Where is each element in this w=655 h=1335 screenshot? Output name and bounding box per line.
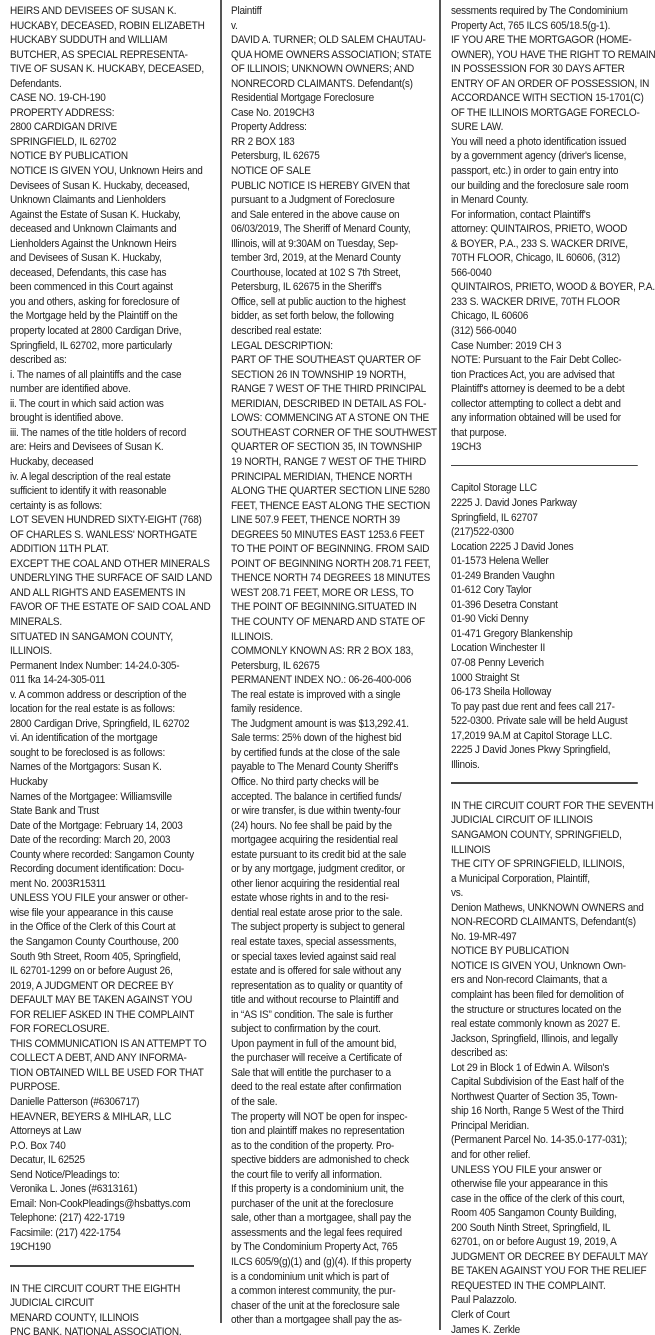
text-line: Capitol Storage LLC — [451, 481, 652, 496]
text-line: QUARTER OF SECTION 35, IN TOWNSHIP — [231, 440, 432, 455]
text-line: vs. — [451, 886, 652, 901]
text-line: OF THE ILLINOIS MORTGAGE FORECLO- — [451, 106, 652, 121]
text-line: Plaintiff — [231, 4, 432, 19]
text-line: case in the office of the clerk of this … — [451, 1192, 652, 1207]
text-line: State Bank and Trust — [10, 804, 211, 819]
text-line: collector attempting to collect a debt a… — [451, 397, 652, 412]
text-line: 2225 J David Jones Pkwy Springfield, — [451, 743, 652, 758]
text-line: Residential Mortgage Foreclosure — [231, 91, 432, 106]
text-line: Unknown Claimants and Lienholders — [10, 193, 211, 208]
text-line: Against the Estate of Susan K. Huckaby, — [10, 208, 211, 223]
text-line: PURPOSE. — [10, 1080, 211, 1095]
text-line: The Judgment amount is was $13,292.41. — [231, 717, 432, 732]
text-line: Defendants. — [10, 77, 211, 92]
text-line: MENARD COUNTY, ILLINOIS — [10, 1311, 211, 1326]
text-line: THE POINT OF BEGINNING.SITUATED IN — [231, 600, 432, 615]
text-line: HEIRS AND DEVISEES OF SUSAN K. — [10, 4, 211, 19]
text-line: assessments and the legal fees required — [231, 1226, 432, 1241]
text-line: of the sale. — [231, 1095, 432, 1110]
text-line: the court file to verify all information… — [231, 1168, 432, 1183]
text-line: Room 405 Sangamon County Building, — [451, 1206, 652, 1221]
text-line: Danielle Patterson (#6306717) — [10, 1095, 211, 1110]
text-line: is a condominium unit which is part of — [231, 1270, 432, 1285]
text-line: OF ILLINOIS; UNKNOWN OWNERS; AND — [231, 62, 432, 77]
text-line: Springfield, IL 62707 — [451, 511, 652, 526]
text-line: COMMONLY KNOWN AS: RR 2 BOX 183, — [231, 644, 432, 659]
text-line: No. 19-MR-497 — [451, 930, 652, 945]
text-line: mortgagee acquiring the residential real — [231, 833, 432, 848]
text-line: Springfield, IL 62702, more particularly — [10, 339, 211, 354]
text-line: (Permanent Parcel No. 14-35.0-177-031); — [451, 1133, 652, 1148]
text-line: POINT OF BEGINNING NORTH 208.71 FEET, — [231, 557, 432, 572]
text-line: 01-90 Vicki Denny — [451, 612, 652, 627]
column-divider — [439, 0, 441, 1330]
text-line: Northwest Quarter of Section 35, Town- — [451, 1090, 652, 1105]
text-line: DEFAULT MAY BE TAKEN AGAINST YOU — [10, 993, 211, 1008]
text-line: Jackson, Springfield, Illinois, and lega… — [451, 1032, 652, 1047]
text-line: 17,2019 9A.M at Capitol Storage LLC. — [451, 729, 652, 744]
text-line: and Devisees of Susan K. Huckaby, — [10, 251, 211, 266]
text-line: NOTICE BY PUBLICATION — [10, 149, 211, 164]
text-line: 011 fka 14-24-305-011 — [10, 673, 211, 688]
text-line: 200 South Ninth Street, Springfield, IL — [451, 1221, 652, 1236]
text-line: tion Practices Act, you are advised that — [451, 368, 652, 383]
text-line: 566-0040 — [451, 266, 652, 281]
text-line: i. The names of all plaintiffs and the c… — [10, 368, 211, 383]
text-line: Illinois. — [451, 758, 652, 773]
text-line: by certified funds at the close of the s… — [231, 746, 432, 761]
text-line: Telephone: (217) 422-1719 — [10, 1211, 211, 1226]
text-line: 06/03/2019, The Sheriff of Menard County… — [231, 222, 432, 237]
text-line: Date of the recording: March 20, 2003 — [10, 833, 211, 848]
notice-turner-sale: Plaintiff v.DAVID A. TURNER; OLD SALEM C… — [231, 4, 432, 1328]
text-line: Huckaby — [10, 775, 211, 790]
text-line: Petersburg, IL 62675 — [231, 149, 432, 164]
text-line: (217)522-0300 — [451, 525, 652, 540]
text-line: or special taxes levied against said rea… — [231, 950, 432, 965]
text-line: OWNER), YOU HAVE THE RIGHT TO REMAIN — [451, 48, 652, 63]
text-line: CASE NO. 19-CH-190 — [10, 91, 211, 106]
text-line: Courthouse, located at 102 S 7th Street, — [231, 266, 432, 281]
text-line: real estate taxes, special assessments, — [231, 935, 432, 950]
text-line: 01-612 Cory Taylor — [451, 583, 652, 598]
text-line: or by any mortgage, judgment creditor, o… — [231, 862, 432, 877]
text-line: SANGAMON COUNTY, SPRINGFIELD, — [451, 828, 652, 843]
text-line: wise file your appearance in this cause — [10, 906, 211, 921]
text-line: HUCKABY SUDDUTH and WILLIAM — [10, 33, 211, 48]
text-line: 19CH3 — [451, 440, 652, 455]
text-line: Principal Meridian. — [451, 1119, 652, 1134]
text-line: IL 62701-1299 on or before August 26, — [10, 964, 211, 979]
text-line: v. — [231, 19, 432, 34]
text-line: Chicago, IL 60606 — [451, 309, 652, 324]
notice-separator — [451, 465, 638, 467]
text-line: AND ALL RIGHTS AND EASEMENTS IN — [10, 586, 211, 601]
notice-separator — [10, 1265, 194, 1267]
text-line: FOR RELIEF ASKED IN THE COMPLAINT — [10, 1008, 211, 1023]
text-line: in “AS IS” condition. The sale is furthe… — [231, 1008, 432, 1023]
text-line: in the Office of the Clerk of this Court… — [10, 920, 211, 935]
text-line: Paul Palazzolo. — [451, 1293, 652, 1308]
text-line: NOTICE BY PUBLICATION — [451, 944, 652, 959]
text-line: number are identified above. — [10, 382, 211, 397]
text-line: NOTE: Pursuant to the Fair Debt Collec- — [451, 353, 652, 368]
notice-turner-sale-continued: sessments required by The CondominiumPro… — [451, 4, 652, 455]
text-line: ILLINOIS — [451, 843, 652, 858]
text-line: certainty is as follows: — [10, 499, 211, 514]
text-line: TIVE OF SUSAN K. HUCKABY, DECEASED, — [10, 62, 211, 77]
text-line: described as: — [10, 353, 211, 368]
text-line: other lienor acquiring the residential r… — [231, 877, 432, 892]
text-line: ILCS 605/9(g)(1) and (g)(4). If this pro… — [231, 1255, 432, 1270]
text-line: otherwise file your appearance in this — [451, 1177, 652, 1192]
text-line: & BOYER, P.A., 233 S. WACKER DRIVE, — [451, 237, 652, 252]
text-line: Send Notice/Pleadings to: — [10, 1168, 211, 1183]
text-line: (312) 566-0040 — [451, 324, 652, 339]
text-line: ALONG THE QUARTER SECTION LINE 5280 — [231, 484, 432, 499]
text-line: sessments required by The Condominium — [451, 4, 652, 19]
text-line: 01-249 Branden Vaughn — [451, 569, 652, 584]
text-line: as to the condition of the property. Pro… — [231, 1139, 432, 1154]
text-line: property located at 2800 Cardigan Drive, — [10, 324, 211, 339]
text-line: any information obtained will be used fo… — [451, 411, 652, 426]
text-line: JUDGMENT OR DECREE BY DEFAULT MAY — [451, 1250, 652, 1265]
text-line: 19CH190 — [10, 1240, 211, 1255]
text-line: NONRECORD CLAIMANTS. Defendant(s) — [231, 77, 432, 92]
text-line: IN THE CIRCUIT COURT THE EIGHTH — [10, 1282, 211, 1297]
text-line: BUTCHER, AS SPECIAL REPRESENTA- — [10, 48, 211, 63]
text-line: Sale terms: 25% down of the highest bid — [231, 731, 432, 746]
text-line: JUDICIAL CIRCUIT OF ILLINOIS — [451, 813, 652, 828]
text-line: 2225 J. David Jones Parkway — [451, 496, 652, 511]
text-line: ship 16 North, Range 5 West of the Third — [451, 1104, 652, 1119]
text-line: EXCEPT THE COAL AND OTHER MINERALS — [10, 557, 211, 572]
text-line: The subject property is subject to gener… — [231, 920, 432, 935]
text-line: iv. A legal description of the real esta… — [10, 470, 211, 485]
text-line: PART OF THE SOUTHEAST QUARTER OF — [231, 353, 432, 368]
text-line: in Menard County. — [451, 193, 652, 208]
text-line: ii. The court in which said action was — [10, 397, 211, 412]
text-line: FOR FORECLOSURE. — [10, 1022, 211, 1037]
text-line: 522-0300. Private sale will be held Augu… — [451, 714, 652, 729]
text-line: SOUTHEAST CORNER OF THE SOUTHWEST — [231, 426, 432, 441]
text-line: Denion Mathews, UNKNOWN OWNERS and — [451, 901, 652, 916]
text-line: OF CHARLES S. WANLESS' NORTHGATE — [10, 528, 211, 543]
text-line: are: Heirs and Devisees of Susan K. — [10, 440, 211, 455]
text-line: Names of the Mortgagors: Susan K. — [10, 760, 211, 775]
text-line: deceased, Defendants, this case has — [10, 266, 211, 281]
text-line: IF YOU ARE THE MORTGAGOR (HOME- — [451, 33, 652, 48]
text-line: DAVID A. TURNER; OLD SALEM CHAUTAU- — [231, 33, 432, 48]
text-line: 01-396 Desetra Constant — [451, 598, 652, 613]
text-line: Capital Subdivision of the East half of … — [451, 1075, 652, 1090]
text-line: real estate commonly known as 2027 E. — [451, 1017, 652, 1032]
column-3: sessments required by The CondominiumPro… — [451, 4, 652, 1335]
text-line: 19 NORTH, RANGE 7 WEST OF THE THIRD — [231, 455, 432, 470]
text-line: attorney: QUINTAIROS, PRIETO, WOOD — [451, 222, 652, 237]
text-line: Date of the Mortgage: February 14, 2003 — [10, 819, 211, 834]
text-line: You will need a photo identification iss… — [451, 135, 652, 150]
text-line: location for the real estate is as follo… — [10, 702, 211, 717]
text-line: PERMANENT INDEX NO.: 06-26-400-006 — [231, 673, 432, 688]
text-line: NOTICE IS GIVEN YOU, Unknown Own- — [451, 959, 652, 974]
text-line: DEGREES 50 MINUTES EAST 1253.6 FEET — [231, 528, 432, 543]
text-line: Plaintiff's attorney is deemed to be a d… — [451, 382, 652, 397]
text-line: Decatur, IL 62525 — [10, 1153, 211, 1168]
text-line: Names of the Mortgagee: Williamsville — [10, 790, 211, 805]
text-line: 70TH FLOOR, Chicago, IL 60606, (312) — [451, 251, 652, 266]
text-line: The real estate is improved with a singl… — [231, 688, 432, 703]
text-line: ment No. 2003R15311 — [10, 877, 211, 892]
text-line: COLLECT A DEBT, AND ANY INFORMA- — [10, 1051, 211, 1066]
text-line: TION OBTAINED WILL BE USED FOR THAT — [10, 1066, 211, 1081]
notice-capitol-storage: Capitol Storage LLC2225 J. David Jones P… — [451, 481, 652, 772]
text-line: To pay past due rent and fees call 217- — [451, 700, 652, 715]
column-1: HEIRS AND DEVISEES OF SUSAN K.HUCKABY, D… — [10, 4, 211, 1335]
text-line: described real estate: — [231, 324, 432, 339]
text-line: deceased and Unknown Claimants and — [10, 222, 211, 237]
text-line: THE CITY OF SPRINGFIELD, ILLINOIS, — [451, 857, 652, 872]
text-line: pursuant to a Judgment of Foreclosure — [231, 193, 432, 208]
text-line: our building and the foreclosure sale ro… — [451, 179, 652, 194]
legal-notices-page: HEIRS AND DEVISEES OF SUSAN K.HUCKABY, D… — [0, 0, 655, 1335]
text-line: by The Condominium Property Act, 765 — [231, 1240, 432, 1255]
text-line: family residence. — [231, 702, 432, 717]
text-line: County where recorded: Sangamon County — [10, 848, 211, 863]
text-line: by a government agency (driver's license… — [451, 149, 652, 164]
text-line: HEAVNER, BEYERS & MIHLAR, LLC — [10, 1110, 211, 1125]
notice-springfield-demolition: IN THE CIRCUIT COURT FOR THE SEVENTHJUDI… — [451, 799, 652, 1335]
text-line: If this property is a condominium unit, … — [231, 1182, 432, 1197]
text-line: v. A common address or description of th… — [10, 688, 211, 703]
text-line: tember 3rd, 2019, at the Menard County — [231, 251, 432, 266]
text-line: SPRINGFIELD, IL 62702 — [10, 135, 211, 150]
text-line: Location 2225 J David Jones — [451, 540, 652, 555]
text-line: REQUESTED IN THE COMPLAINT. — [451, 1279, 652, 1294]
text-line: sought to be foreclosed is as follows: — [10, 746, 211, 761]
text-line: vi. An identification of the mortgage — [10, 731, 211, 746]
text-line: MERIDIAN, DESCRIBED IN DETAIL AS FOL- — [231, 397, 432, 412]
text-line: Clerk of Court — [451, 1308, 652, 1323]
text-line: sufficient to identify it with reasonabl… — [10, 484, 211, 499]
text-line: you and others, asking for foreclosure o… — [10, 295, 211, 310]
text-line: TO THE POINT OF BEGINNING. FROM SAID — [231, 542, 432, 557]
text-line: THE COUNTY OF MENARD AND STATE OF — [231, 615, 432, 630]
text-line: For information, contact Plaintiff's — [451, 208, 652, 223]
text-line: estate and is offered for sale without a… — [231, 964, 432, 979]
text-line: Upon payment in full of the amount bid, — [231, 1037, 432, 1052]
text-line: LOWS: COMMENCING AT A STONE ON THE — [231, 411, 432, 426]
text-line: 233 S. WACKER DRIVE, 70TH FLOOR — [451, 295, 652, 310]
text-line: (24) hours. No fee shall be paid by the — [231, 819, 432, 834]
text-line: QUA HOME OWNERS ASSOCIATION; STATE — [231, 48, 432, 63]
text-line: described as: — [451, 1046, 652, 1061]
text-line: the Mortgage held by the Plaintiff on th… — [10, 309, 211, 324]
text-line: NOTICE OF SALE — [231, 164, 432, 179]
text-line: SITUATED IN SANGAMON COUNTY, — [10, 630, 211, 645]
text-line: The property will NOT be open for inspec… — [231, 1110, 432, 1125]
notice-huckaby-foreclosure: HEIRS AND DEVISEES OF SUSAN K.HUCKABY, D… — [10, 4, 211, 1255]
text-line: 2800 CARDIGAN DRIVE — [10, 120, 211, 135]
text-line: Attorneys at Law — [10, 1124, 211, 1139]
text-line: LINE 507.9 FEET, THENCE NORTH 39 — [231, 513, 432, 528]
text-line: bidder, as set forth below, the followin… — [231, 309, 432, 324]
text-line: Devisees of Susan K. Huckaby, deceased, — [10, 179, 211, 194]
text-line: deed to the real estate after confirmati… — [231, 1080, 432, 1095]
text-line: IN THE CIRCUIT COURT FOR THE SEVENTH — [451, 799, 652, 814]
text-line: Petersburg, IL 62675 in the Sheriff's — [231, 280, 432, 295]
text-line: 2019, A JUDGMENT OR DECREE BY — [10, 979, 211, 994]
text-line: RR 2 BOX 183 — [231, 135, 432, 150]
text-line: Recording document identification: Docu- — [10, 862, 211, 877]
text-line: and for other relief. — [451, 1148, 652, 1163]
text-line: Lot 29 in Block 1 of Edwin A. Wilson's — [451, 1061, 652, 1076]
text-line: THENCE NORTH 74 DEGREES 18 MINUTES — [231, 571, 432, 586]
text-line: ENTRY OF AN ORDER OF POSSESSION, IN — [451, 77, 652, 92]
text-line: PROPERTY ADDRESS: — [10, 106, 211, 121]
text-line: NON-RECORD CLAIMANTS, Defendant(s) — [451, 915, 652, 930]
text-line: Office. No third party checks will be — [231, 775, 432, 790]
notice-pnc-bank-header: IN THE CIRCUIT COURT THE EIGHTHJUDICIAL … — [10, 1282, 211, 1335]
text-line: SURE LAW. — [451, 120, 652, 135]
text-line: 1000 Straight St — [451, 671, 652, 686]
text-line: LEGAL DESCRIPTION: — [231, 339, 432, 354]
text-line: NOTICE IS GIVEN YOU, Unknown Heirs and — [10, 164, 211, 179]
column-2: Plaintiff v.DAVID A. TURNER; OLD SALEM C… — [231, 4, 432, 1328]
text-line: been commenced in this Court against — [10, 280, 211, 295]
text-line: Property Act, 765 ILCS 605/18.5(g-1). — [451, 19, 652, 34]
text-line: Huckaby, deceased — [10, 455, 211, 470]
text-line: IN POSSESSION FOR 30 DAYS AFTER — [451, 62, 652, 77]
text-line: estate whose rights in and to the resi- — [231, 891, 432, 906]
text-line: purchaser of the unit at the foreclosure — [231, 1197, 432, 1212]
text-line: James K. Zerkle — [451, 1323, 652, 1335]
text-line: ACCORDANCE WITH SECTION 15-1701(C) — [451, 91, 652, 106]
text-line: South 9th Street, Room 405, Springfield, — [10, 950, 211, 965]
text-line: LOT SEVEN HUNDRED SIXTY-EIGHT (768) — [10, 513, 211, 528]
text-line: tion and plaintiff makes no representati… — [231, 1124, 432, 1139]
text-line: PUBLIC NOTICE IS HEREBY GIVEN that — [231, 179, 432, 194]
column-divider — [220, 0, 222, 1323]
text-line: PNC BANK, NATIONAL ASSOCIATION, — [10, 1325, 211, 1335]
text-line: iii. The names of the title holders of r… — [10, 426, 211, 441]
text-line: ILLINOIS. — [10, 644, 211, 659]
text-line: the structure or structures located on t… — [451, 1003, 652, 1018]
text-line: Office, sell at public auction to the hi… — [231, 295, 432, 310]
text-line: Illinois, will at 9:30AM on Tuesday, Sep… — [231, 237, 432, 252]
text-line: payable to The Menard County Sheriff's — [231, 760, 432, 775]
text-line: ADDITION 11TH PLAT. — [10, 542, 211, 557]
text-line: FEET, THENCE EAST ALONG THE SECTION — [231, 499, 432, 514]
text-line: ILLINOIS. — [231, 630, 432, 645]
text-line: RANGE 7 WEST OF THE THIRD PRINCIPAL — [231, 382, 432, 397]
text-line: Sale that will entitle the purchaser to … — [231, 1066, 432, 1081]
text-line: QUINTAIROS, PRIETO, WOOD & BOYER, P.A. — [451, 280, 652, 295]
text-line: UNLESS YOU FILE your answer or — [451, 1163, 652, 1178]
text-line: 01-471 Gregory Blankenship — [451, 627, 652, 642]
text-line: complaint has been filed for demolition … — [451, 988, 652, 1003]
text-line: subject to confirmation by the court. — [231, 1022, 432, 1037]
text-line: Case Number: 2019 CH 3 — [451, 339, 652, 354]
text-line: Property Address: — [231, 120, 432, 135]
text-line: the Sangamon County Courthouse, 200 — [10, 935, 211, 950]
text-line: estate pursuant to its credit bid at the… — [231, 848, 432, 863]
text-line: Facsimile: (217) 422-1754 — [10, 1226, 211, 1241]
text-line: Location Winchester II — [451, 641, 652, 656]
text-line: PRINCIPAL MERIDIAN, THENCE NORTH — [231, 470, 432, 485]
text-line: ers and Non-record Claimants, that a — [451, 973, 652, 988]
text-line: BE TAKEN AGAINST YOU FOR THE RELIEF — [451, 1264, 652, 1279]
text-line: HUCKABY, DECEASED, ROBIN ELIZABETH — [10, 19, 211, 34]
text-line: spective bidders are admonished to check — [231, 1153, 432, 1168]
text-line: Lienholders Against the Unknown Heirs — [10, 237, 211, 252]
text-line: 06-173 Sheila Holloway — [451, 685, 652, 700]
text-line: a Municipal Corporation, Plaintiff, — [451, 872, 652, 887]
text-line: title and without recourse to Plaintiff … — [231, 993, 432, 1008]
text-line: 07-08 Penny Leverich — [451, 656, 652, 671]
text-line: 01-1573 Helena Weller — [451, 554, 652, 569]
text-line: passport, etc.) in order to gain entry i… — [451, 164, 652, 179]
text-line: 2800 Cardigan Drive, Springfield, IL 627… — [10, 717, 211, 732]
text-line: brought is identified above. — [10, 411, 211, 426]
text-line: JUDICIAL CIRCUIT — [10, 1296, 211, 1311]
text-line: dential real estate arose prior to the s… — [231, 906, 432, 921]
text-line: chaser of the unit at the foreclosure sa… — [231, 1299, 432, 1314]
text-line: MINERALS. — [10, 615, 211, 630]
text-line: WEST 208.71 FEET, MORE OR LESS, TO — [231, 586, 432, 601]
text-line: THIS COMMUNICATION IS AN ATTEMPT TO — [10, 1037, 211, 1052]
text-line: sale, other than a mortgagee, shall pay … — [231, 1211, 432, 1226]
text-line: other than a mortgagee shall pay the as- — [231, 1313, 432, 1328]
text-line: Veronika L. Jones (#6313161) — [10, 1182, 211, 1197]
notice-separator — [451, 782, 638, 784]
text-line: 62701, on or before August 19, 2019, A — [451, 1235, 652, 1250]
text-line: Permanent Index Number: 14-24.0-305- — [10, 659, 211, 674]
text-line: UNLESS YOU FILE your answer or other- — [10, 891, 211, 906]
text-line: P.O. Box 740 — [10, 1139, 211, 1154]
text-line: accepted. The balance in certified funds… — [231, 790, 432, 805]
text-line: and Sale entered in the above cause on — [231, 208, 432, 223]
text-line: that purpose. — [451, 426, 652, 441]
text-line: Petersburg, IL 62675 — [231, 659, 432, 674]
text-line: FAVOR OF THE ESTATE OF SAID COAL AND — [10, 600, 211, 615]
text-line: representation as to quality or quantity… — [231, 979, 432, 994]
text-line: Case No. 2019CH3 — [231, 106, 432, 121]
text-line: the purchaser will receive a Certificate… — [231, 1051, 432, 1066]
text-line: or wire transfer, is due within twenty-f… — [231, 804, 432, 819]
text-line: Email: Non-CookPleadings@hsbattys.com — [10, 1197, 211, 1212]
text-line: a common interest community, the pur- — [231, 1284, 432, 1299]
text-line: SECTION 26 IN TOWNSHIP 19 NORTH, — [231, 368, 432, 383]
text-line: UNDERLYING THE SURFACE OF SAID LAND — [10, 571, 211, 586]
